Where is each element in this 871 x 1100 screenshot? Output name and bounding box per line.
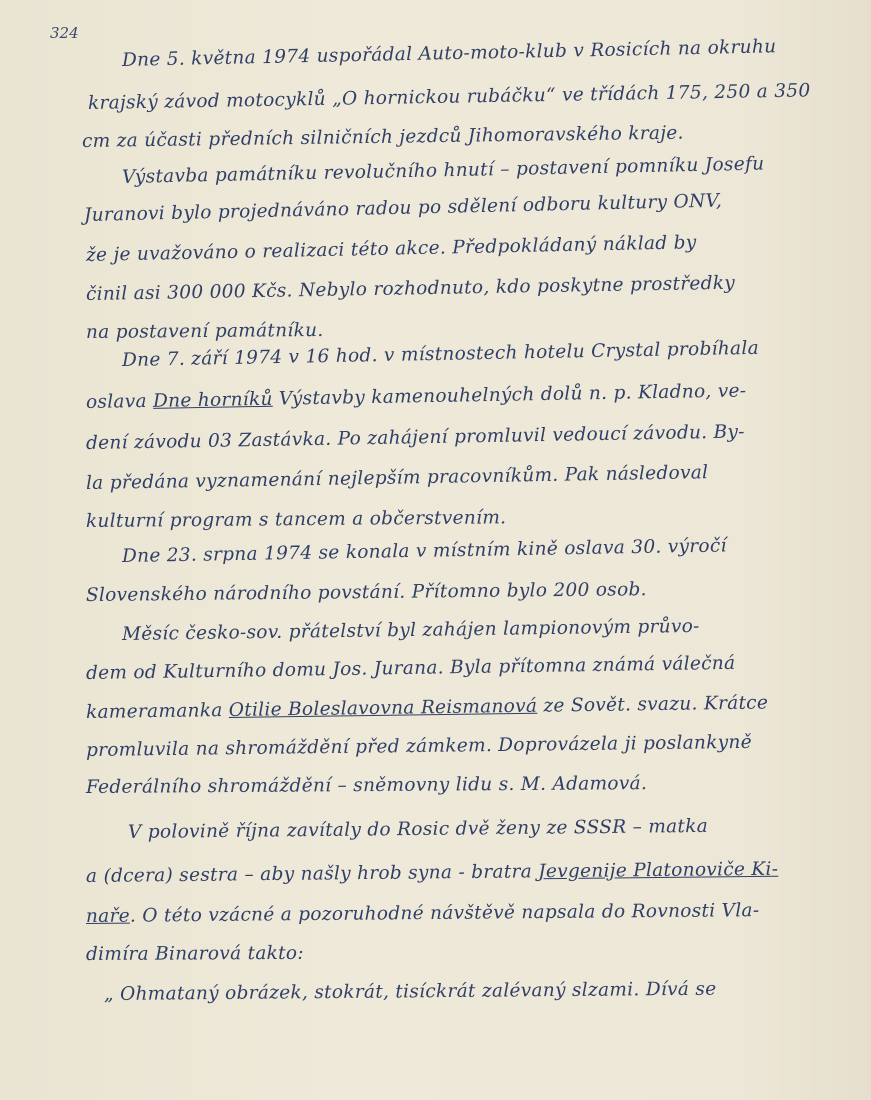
underlined-text: Dne horníků (153, 389, 273, 412)
text-line: dení závodu 03 Zastávka. Po zahájení pro… (86, 422, 745, 454)
text-segment: kameramanka (86, 700, 229, 723)
underlined-text: Jevgenije Platonoviče Ki- (538, 859, 778, 883)
text-line: cm za účasti předních silničních jezdců … (82, 123, 684, 152)
underlined-text: Otilie Boleslavovna Reismanová (229, 696, 538, 721)
text-line: a (dcera) sestra – aby našly hrob syna -… (86, 859, 778, 887)
text-line: na postavení památníku. (86, 320, 324, 343)
text-segment: Výstavby kamenouhelných dolů n. p. Kladn… (273, 380, 747, 409)
text-line: oslava Dne horníků Výstavby kamenouhelný… (86, 380, 747, 413)
text-line: činil asi 300 000 Kčs. Nebylo rozhodnuto… (86, 273, 735, 305)
text-line: Slovenského národního povstání. Přítomno… (86, 579, 647, 606)
text-line: že je uvažováno o realizaci této akce. P… (86, 232, 697, 266)
page-number: 324 (50, 24, 79, 42)
text-line: la předána vyznamenání nejlepším pracovn… (86, 462, 709, 494)
text-line: kulturní program s tancem a občerstvením… (86, 507, 506, 532)
text-line: Výstavba památníku revolučního hnutí – p… (122, 154, 765, 188)
text-segment: oslava (86, 391, 153, 413)
text-line: krajský závod motocyklů „O hornickou rub… (88, 80, 811, 114)
text-line: naře. O této vzácné a pozoruhodné návště… (86, 900, 760, 927)
manuscript-page: 324 Dne 5. května 1974 uspořádal Auto-mo… (0, 0, 871, 1100)
text-line: V polovině října zavítaly do Rosic dvě ž… (128, 816, 708, 843)
text-line: Měsíc česko-sov. přátelství byl zahájen … (122, 616, 700, 645)
text-line: Federálního shromáždění – sněmovny lidu … (86, 773, 647, 798)
text-line: Dne 5. května 1974 uspořádal Auto-moto-k… (122, 36, 777, 71)
text-segment: ze Sovět. svazu. Krátce (537, 692, 768, 716)
text-line: Juranovi bylo projednáváno radou po sděl… (84, 191, 723, 226)
text-line: dem od Kulturního domu Jos. Jurana. Byla… (86, 653, 736, 684)
text-line: Dne 7. září 1974 v 16 hod. v místnostech… (122, 338, 759, 371)
text-line: dimíra Binarová takto: (86, 943, 304, 965)
text-line: „ Ohmataný obrázek, stokrát, tisíckrát z… (104, 979, 717, 1005)
text-line: Dne 23. srpna 1974 se konala v místním k… (122, 535, 727, 567)
text-segment: a (dcera) sestra – aby našly hrob syna -… (86, 861, 538, 887)
underlined-text: naře (86, 906, 130, 927)
text-segment: . O této vzácné a pozoruhodné návštěvě n… (130, 900, 760, 926)
text-line: kameramanka Otilie Boleslavovna Reismano… (86, 692, 768, 723)
text-line: promluvila na shromáždění před zámkem. D… (86, 732, 752, 761)
